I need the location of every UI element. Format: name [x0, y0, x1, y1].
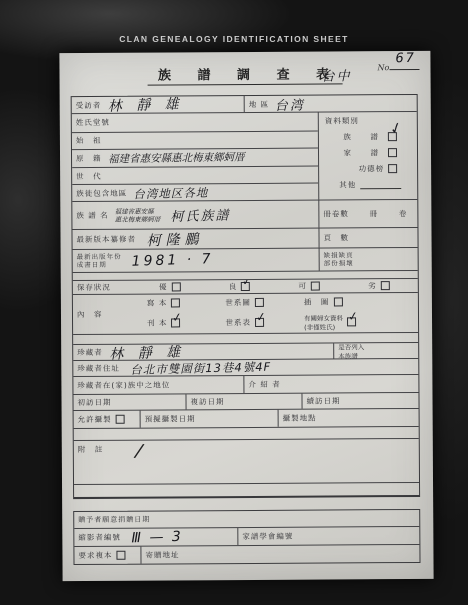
content-table: 世系表✓	[226, 317, 305, 328]
checkbox	[171, 298, 180, 307]
category-opt2-label: 家 譜	[343, 147, 384, 158]
introducer-label: 介 紹 者	[248, 379, 280, 390]
cell-followup-visit: 續訪日期	[301, 393, 418, 409]
content-label: 內 容	[77, 309, 135, 320]
row-holder: 珍藏者 林 靜 雄 是否列入 本族譜	[73, 342, 418, 360]
row-fields-category: 姓氏堂號 始 祖 原 籍 福建省惠安縣惠北梅東鄉蚵厝 世 代 族徙包含地區 台湾	[72, 111, 418, 201]
checkbox	[381, 281, 390, 290]
migration-value: 台湾地区各地	[133, 184, 208, 201]
cell-damage: 缺損缺頁 部份損壞	[319, 248, 418, 271]
cell-revisit: 複訪日期	[185, 394, 301, 410]
form-number: No 67	[377, 55, 423, 74]
women-data-label-line1: 有關婦女資料	[304, 313, 343, 322]
condition-poor-label: 劣	[368, 280, 377, 291]
copy-request-label: 要求複本	[78, 550, 112, 561]
content-chart: 世系圖	[225, 296, 304, 307]
row-compiler: 最新版本纂修者 柯隆鵬 頁 數	[72, 227, 417, 249]
content-manuscript: 寫 本	[147, 297, 226, 308]
film-plan-label: 預擬攝製日期	[145, 413, 196, 424]
cell-condition: 保存狀況 優 良✓ 可 劣	[73, 279, 418, 294]
row-visit-dates: 初訪日期 複訪日期 續訪日期	[73, 392, 418, 410]
content-options: 寫 本 世系圖 插 圖 刊 本✓ 世系表✓ 有關婦女資料 (非僅姓氏) ✓	[135, 293, 414, 334]
film-place-label: 攝製地點	[283, 413, 317, 424]
included-label-line2: 本族譜	[338, 351, 364, 359]
genealogy-name-value: 柯氏族譜	[170, 205, 230, 225]
checkbox	[171, 282, 180, 291]
category-option-family-genealogy: 家 譜	[325, 147, 411, 159]
field-first-ancestor: 始 祖	[72, 130, 318, 149]
checkbox: ✓	[388, 132, 397, 141]
spacer-row	[74, 482, 419, 497]
cell-donation-date: 贈予者願意捐贈日期	[74, 510, 419, 528]
cell-film-place: 攝製地點	[278, 409, 419, 427]
row-publish-year: 最新出版年份 成書日期 1981 · 7 缺損缺頁 部份損壞	[73, 247, 418, 272]
cell-position: 珍藏者在(家)族中之地位	[73, 376, 243, 394]
genealogy-name-label: 族 譜 名	[76, 210, 108, 221]
content-illustration: 插 圖	[304, 296, 410, 308]
cell-society-number: 家譜學會編號	[237, 527, 419, 545]
interviewee-value: 林 靜 雄	[107, 96, 184, 113]
origin-value: 福建省惠安縣惠北梅東鄉蚵厝	[107, 149, 244, 166]
no-label: No	[377, 63, 389, 72]
cell-pages: 頁 數	[318, 228, 417, 248]
photo-caption: CLAN GENEALOGY IDENTIFICATION SHEET	[0, 34, 468, 44]
cell-interviewee: 受訪者 林 靜 雄	[72, 96, 244, 113]
row-copy-request: 要求複本 寄贈地址	[74, 544, 419, 564]
women-data-label-line2: (非僅姓氏)	[304, 322, 343, 331]
condition-fair-label: 可	[298, 281, 307, 292]
society-number-label: 家譜學會編號	[242, 531, 293, 542]
no-value-handwriting: 67	[395, 51, 416, 66]
publish-year-label-line1: 最新出版年份	[77, 253, 122, 261]
field-migration: 族徙包含地區 台湾地区各地	[72, 183, 318, 201]
notes-handwriting: /	[134, 440, 143, 462]
bottom-table: 贈予者願意捐贈日期 縮影者編號 Ⅲ — 3 家譜學會編號 要求複本 寄贈地址	[73, 509, 420, 565]
cell-holder: 珍藏者 林 靜 雄	[73, 343, 333, 360]
followup-visit-label: 續訪日期	[306, 395, 340, 406]
cell-copy-request: 要求複本	[74, 547, 140, 564]
condition-options: 優 良✓ 可 劣	[135, 280, 414, 293]
revisit-label: 複訪日期	[190, 396, 224, 407]
check-icon: ✓	[255, 310, 267, 323]
fields-column: 姓氏堂號 始 祖 原 籍 福建省惠安縣惠北梅東鄉蚵厝 世 代 族徙包含地區 台湾	[72, 113, 319, 202]
migration-label: 族徙包含地區	[76, 188, 127, 199]
row-position: 珍藏者在(家)族中之地位 介 紹 者	[73, 374, 418, 394]
category-opt4-label: 其他	[339, 179, 356, 190]
origin-note-line2: 惠北梅東鄉蚵厝	[115, 215, 161, 223]
filmer-number-label: 縮影者編號	[78, 532, 121, 543]
photo-background: CLAN GENEALOGY IDENTIFICATION SHEET 族 譜 …	[0, 0, 468, 605]
notes-label: 附 註	[78, 444, 104, 455]
checkbox: ✓	[255, 318, 264, 327]
damage-label-line2: 部份損壞	[324, 259, 354, 267]
checkbox	[116, 415, 125, 424]
cell-film-plan: 預擬攝製日期	[140, 410, 278, 428]
generations-label: 世 代	[76, 170, 102, 181]
volumes-label: 冊卷數	[323, 208, 349, 219]
row-interviewee: 受訪者 林 靜 雄 地 區 台湾	[72, 95, 417, 113]
content-women-data: 有關婦女資料 (非僅姓氏) ✓	[304, 313, 410, 332]
genealogy-origin-note: 福建省惠安縣 惠北梅東鄉蚵厝	[115, 207, 161, 223]
category-option-merit-board: 功德榜	[325, 163, 411, 175]
cell-holder-address: 珍藏者住址 台北市雙園街13巷4號4F	[73, 359, 418, 376]
content-printed: 刊 本✓	[147, 317, 226, 328]
category-box: 資料類別 族 譜 ✓ 家 譜 功德榜 其他	[318, 112, 418, 200]
holder-address-value: 台北市雙園街13巷4號4F	[130, 359, 271, 376]
cell-area: 地 區 台湾	[244, 95, 417, 112]
cell-notes: 附 註 /	[74, 439, 419, 484]
checkbox	[388, 164, 397, 173]
content-table-label: 世系表	[226, 317, 252, 328]
mail-address-label: 寄贈地址	[145, 549, 179, 560]
check-icon: ✓	[347, 310, 359, 323]
checkbox	[333, 297, 342, 306]
form-table: 受訪者 林 靜 雄 地 區 台湾 姓氏堂號 始 祖	[71, 94, 420, 499]
condition-excellent-label: 優	[159, 281, 168, 292]
compiler-label: 最新版本纂修者	[76, 234, 136, 245]
check-icon: ✓	[241, 279, 253, 288]
cell-content: 內 容 寫 本 世系圖 插 圖 刊 本✓ 世系表✓ 有關婦女資料 (非僅姓氏)	[73, 293, 418, 334]
cell-filmer-number: 縮影者編號 Ⅲ — 3	[74, 528, 237, 546]
form-title-row: 族 譜 調 查 表	[59, 63, 430, 84]
publish-year-value: 1981 · 7	[131, 251, 213, 270]
origin-note-line1: 福建省惠安縣	[115, 207, 161, 215]
cell-mail-address: 寄贈地址	[140, 545, 419, 564]
cell-first-visit: 初訪日期	[73, 394, 185, 410]
holder-label: 珍藏者	[77, 347, 103, 358]
checkbox	[311, 282, 320, 291]
included-label-line1: 是否列入	[338, 343, 364, 351]
hall-label: 姓氏堂號	[76, 117, 110, 128]
category-opt3-label: 功德榜	[359, 163, 385, 174]
damage-label: 缺損缺頁 部份損壞	[324, 251, 354, 267]
form-paper: 族 譜 調 查 表 台中 No 67 受訪者 林 靜 雄 地 區 台湾	[59, 51, 433, 581]
field-generations: 世 代	[72, 165, 318, 184]
city-handwriting: 台中	[321, 65, 351, 85]
row-filmer-number: 縮影者編號 Ⅲ — 3 家譜學會編號	[74, 526, 419, 546]
origin-label: 原 籍	[76, 153, 102, 164]
form-title: 族 譜 調 查 表	[148, 67, 342, 85]
interviewee-label: 受訪者	[76, 99, 102, 110]
category-option-other: 其他	[325, 179, 411, 191]
holder-value: 林 靜 雄	[108, 343, 185, 360]
cell-introducer: 介 紹 者	[243, 375, 418, 393]
compiler-value: 柯隆鵬	[146, 229, 204, 250]
publish-year-label-line2: 成書日期	[77, 261, 122, 269]
content-illustration-label: 插 圖	[304, 296, 330, 307]
checkbox: ✓	[241, 282, 250, 291]
film-permit-label: 允許攝製	[78, 414, 112, 425]
donation-date-label: 贈予者願意捐贈日期	[78, 515, 150, 525]
pages-label: 頁 數	[323, 232, 349, 243]
other-underline	[360, 181, 401, 189]
area-value: 台湾	[275, 95, 305, 112]
field-origin: 原 籍 福建省惠安縣惠北梅東鄉蚵厝	[72, 148, 318, 167]
condition-label: 保存狀況	[77, 282, 135, 293]
row-content: 內 容 寫 本 世系圖 插 圖 刊 本✓ 世系表✓ 有關婦女資料 (非僅姓氏)	[73, 292, 418, 334]
volumes-unit1: 冊	[370, 208, 379, 219]
row-holder-address: 珍藏者住址 台北市雙園街13巷4號4F	[73, 358, 418, 376]
position-label: 珍藏者在(家)族中之地位	[77, 379, 170, 391]
condition-excellent: 優	[159, 281, 181, 292]
condition-good: 良✓	[229, 281, 251, 292]
damage-label-line1: 缺損缺頁	[324, 251, 354, 259]
checkbox	[255, 297, 264, 306]
publish-year-label: 最新出版年份 成書日期	[77, 253, 122, 269]
checkbox: ✓	[347, 317, 356, 326]
row-filming: 允許攝製 預擬攝製日期 攝製地點	[74, 408, 419, 428]
category-option-clan-genealogy: 族 譜 ✓	[325, 131, 411, 143]
cell-publish-year: 最新出版年份 成書日期 1981 · 7	[73, 249, 319, 273]
row-condition: 保存狀況 優 良✓ 可 劣	[73, 278, 418, 294]
content-manuscript-label: 寫 本	[147, 297, 167, 308]
cell-volumes: 冊卷數 冊 卷	[318, 200, 417, 228]
holder-address-label: 珍藏者住址	[77, 363, 120, 374]
cell-genealogy-name: 族 譜 名 福建省惠安縣 惠北梅東鄉蚵厝 柯氏族譜	[72, 201, 318, 230]
row-notes: 附 註 /	[74, 438, 419, 484]
field-hall: 姓氏堂號	[72, 113, 318, 132]
included-label: 是否列入 本族譜	[338, 343, 364, 359]
cell-compiler: 最新版本纂修者 柯隆鵬	[72, 229, 318, 250]
content-printed-label: 刊 本	[147, 317, 167, 328]
content-chart-label: 世系圖	[225, 296, 251, 307]
row-donation-date: 贈予者願意捐贈日期	[74, 510, 419, 528]
first-visit-label: 初訪日期	[77, 397, 111, 408]
row-genealogy-name: 族 譜 名 福建省惠安縣 惠北梅東鄉蚵厝 柯氏族譜 冊卷數 冊 卷	[72, 199, 417, 229]
checkbox: ✓	[171, 318, 180, 327]
condition-poor: 劣	[368, 280, 390, 291]
volumes-unit2: 卷	[399, 208, 408, 219]
first-ancestor-label: 始 祖	[76, 135, 102, 146]
checkbox	[116, 551, 125, 560]
area-label: 地 區	[249, 98, 269, 109]
women-data-label: 有關婦女資料 (非僅姓氏)	[304, 313, 343, 331]
check-icon: ✓	[172, 311, 184, 324]
checkbox	[388, 148, 397, 157]
filmer-number-value: Ⅲ — 3	[131, 528, 183, 546]
cell-film-permit: 允許攝製	[74, 411, 140, 428]
condition-fair: 可	[298, 281, 320, 292]
category-opt1-label: 族 譜	[343, 131, 384, 142]
cell-included: 是否列入 本族譜	[333, 343, 418, 359]
condition-good-label: 良	[229, 281, 238, 292]
